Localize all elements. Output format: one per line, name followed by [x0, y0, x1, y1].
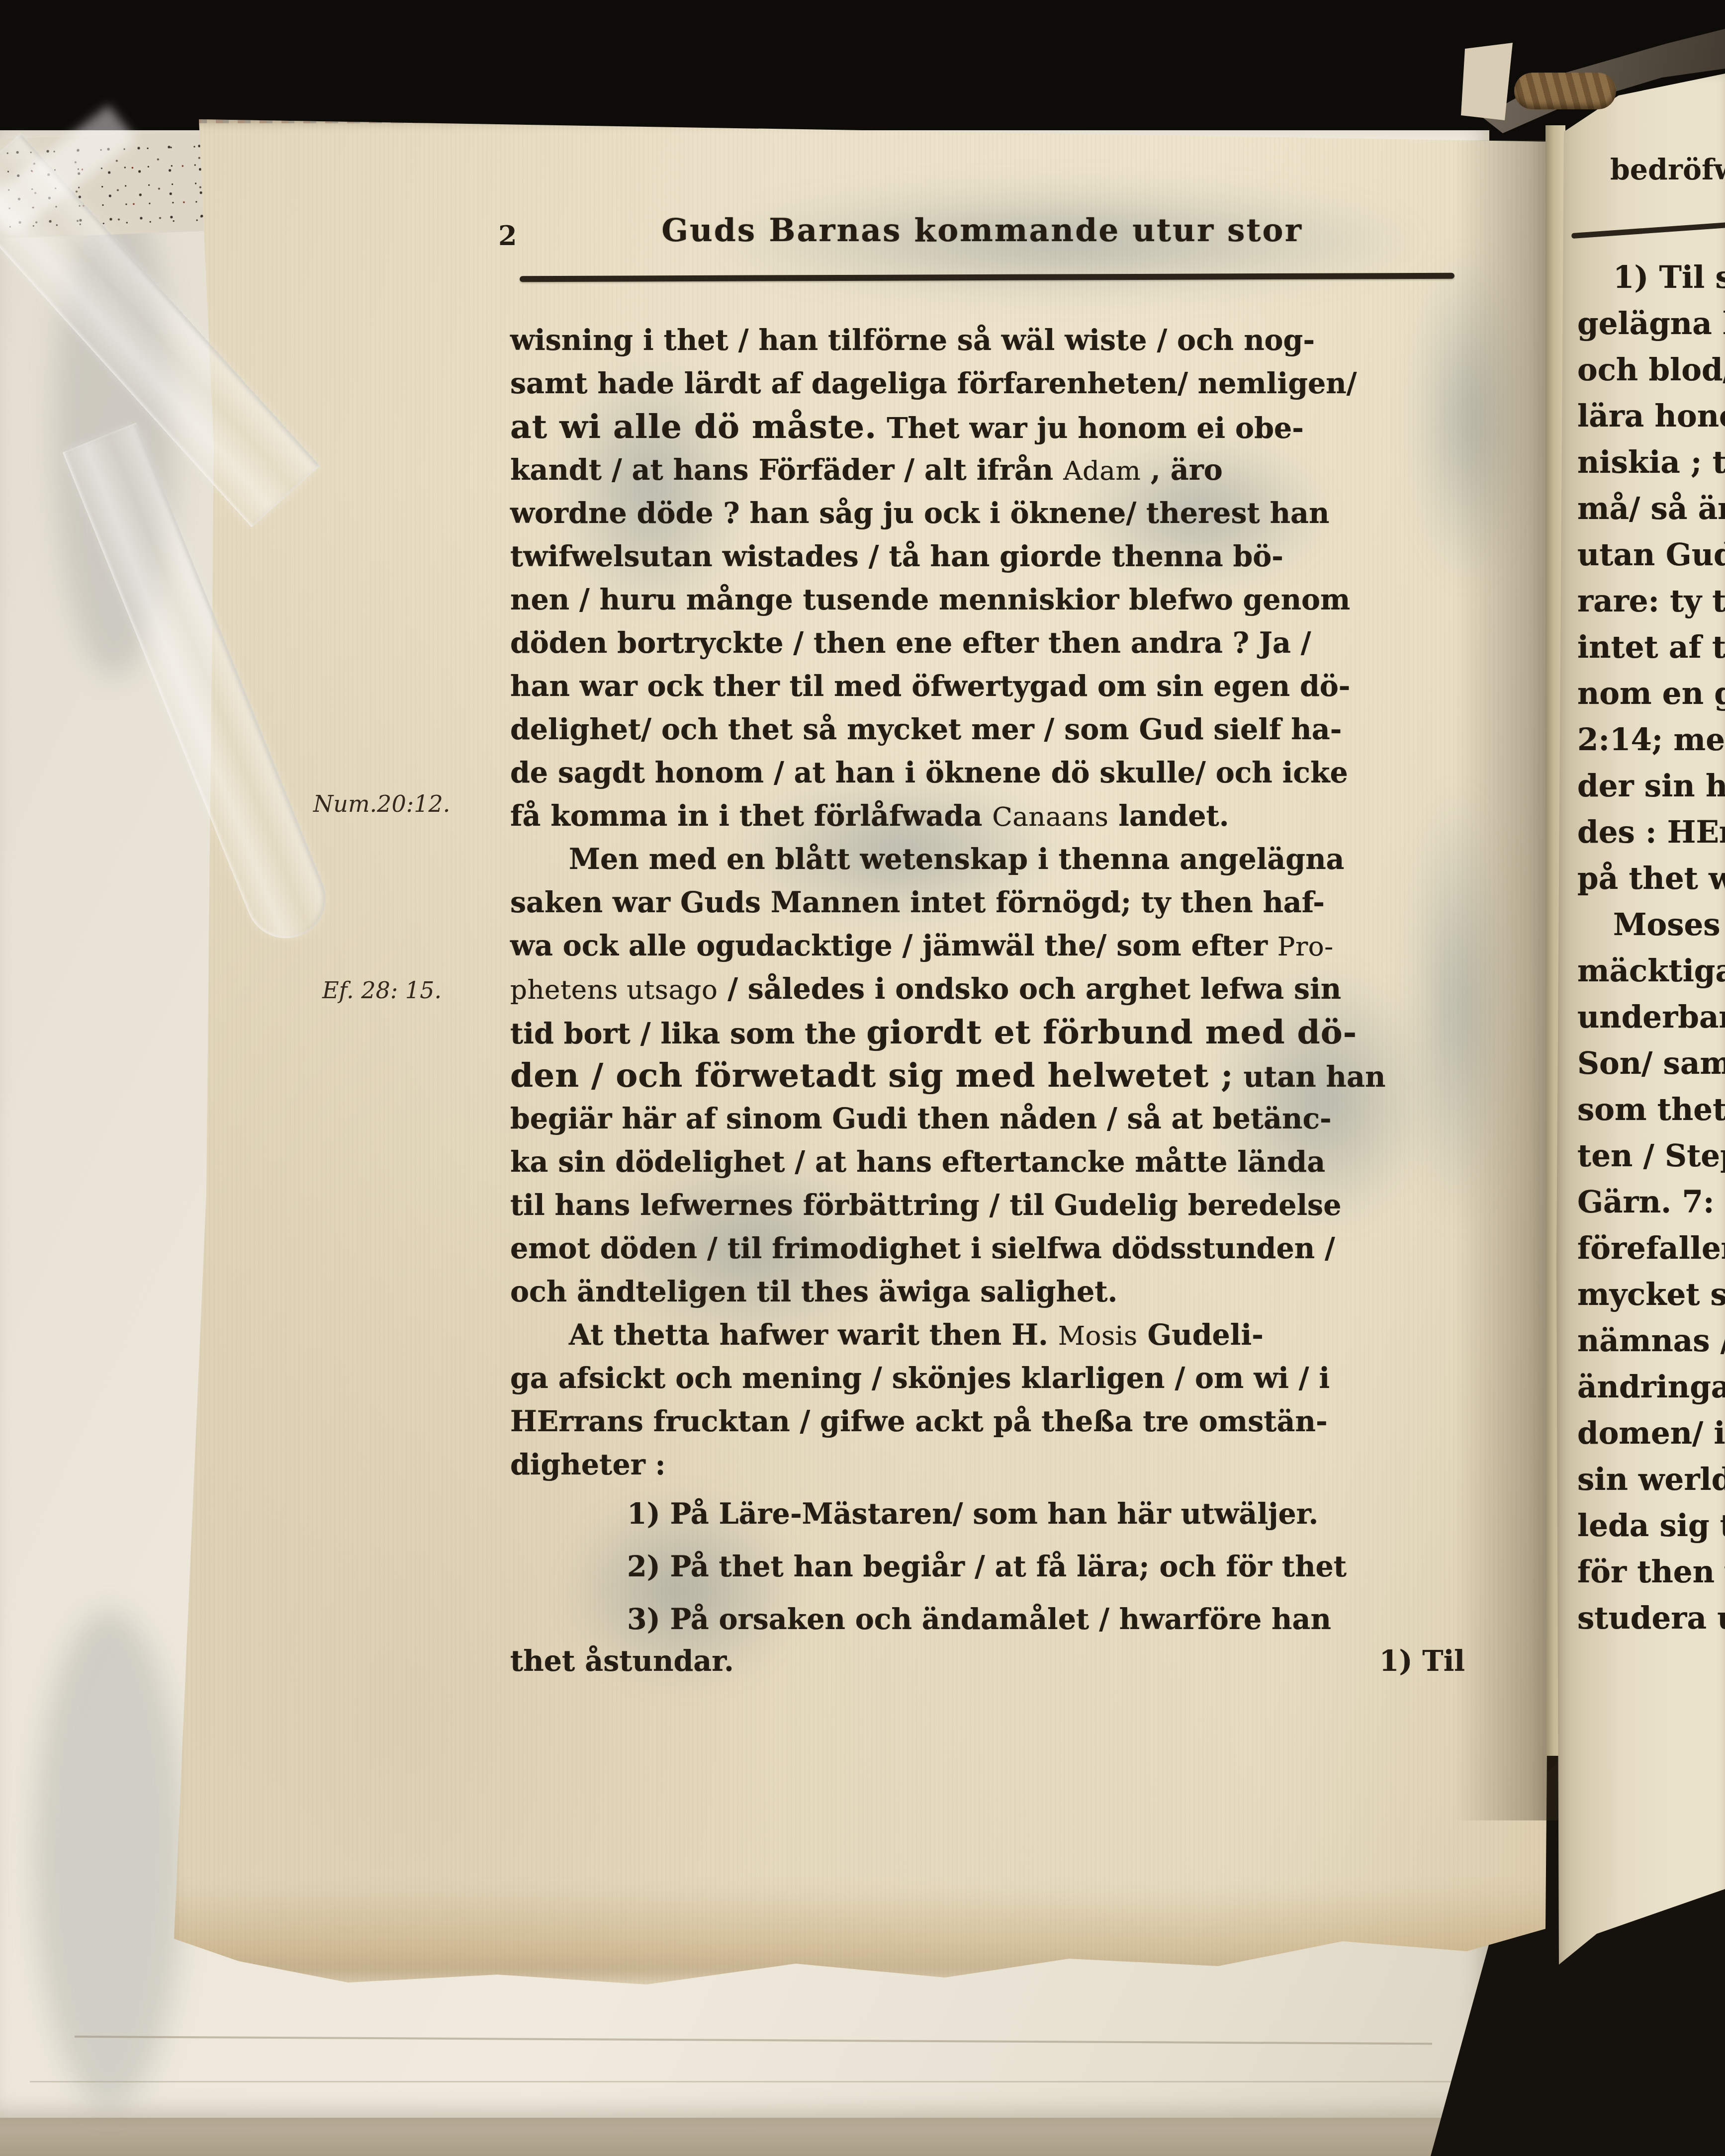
text-line-fragment: domen/ in til the	[1577, 1410, 1725, 1457]
text-line: döden bortryckte / then ene efter then a…	[510, 621, 1480, 665]
text-line-fragment: mäcktiga Konun	[1577, 948, 1725, 994]
text-line: At thetta hafwer warit then H. Mosis Gud…	[510, 1313, 1480, 1357]
text-line-fragment: studera uppå /	[1577, 1595, 1725, 1641]
text-line-fragment: förefaller i thet	[1577, 1225, 1725, 1272]
text-line-fragment: nom en galensk	[1577, 671, 1725, 717]
text-line: samt hade lärdt af dageliga förfarenhete…	[510, 362, 1480, 405]
text-line-content: 3) På orsaken och ändamålet / hwarföre h…	[627, 1603, 1331, 1636]
text-line-fragment: gelägna kundsk	[1577, 301, 1725, 347]
text-line-content: wisning i thet / han tilförne så wäl wis…	[510, 324, 1315, 357]
text-line-fragment: Moses wa	[1577, 902, 1725, 948]
text-line: HErrans frucktan / gifwe ackt på theßa t…	[510, 1400, 1480, 1443]
book-photo-root: { "document": { "type": "antique-book-ph…	[0, 0, 1725, 2156]
gutter-shadow	[1454, 140, 1558, 1820]
text-line-content: och ändteligen til thes äwiga salighet.	[510, 1275, 1117, 1308]
text-line-content: emot döden / til frimodighet i sielfwa d…	[510, 1232, 1335, 1265]
text-line-content: HErrans frucktan / gifwe ackt på theßa t…	[510, 1405, 1328, 1438]
text-line-content: thet åstundar.	[510, 1639, 734, 1683]
text-line-fragment: underbara försyn	[1577, 994, 1725, 1040]
text-line: tid bort / lika som the giordt et förbun…	[510, 1011, 1480, 1054]
flyleaf-show-through	[35, 1611, 184, 2108]
text-line-fragment: ändringar försök	[1577, 1364, 1725, 1410]
text-line-content: saken war Guds Mannen intet förnögd; ty …	[510, 886, 1325, 919]
text-line-fragment: des : HErre / l	[1577, 809, 1725, 856]
text-line-fragment: som thet trogna	[1577, 1087, 1725, 1133]
page-number: 2	[498, 220, 543, 252]
text-line: wordne döde ? han såg ju ock i öknene/ t…	[510, 492, 1480, 535]
text-line: thet åstundar.1) Til	[510, 1639, 1480, 1683]
text-line: wa ock alle ogudacktige / jämwäl the/ so…	[510, 924, 1480, 967]
text-line-content: få komma in i thet förlåfwada Canaans la…	[510, 799, 1229, 833]
text-line-content: döden bortryckte / then ene efter then a…	[510, 626, 1311, 660]
page-edge-line	[30, 2081, 1462, 2082]
text-line: wisning i thet / han tilförne så wäl wis…	[510, 319, 1480, 362]
text-line-content: ga afsickt och mening / skönjes klarlige…	[510, 1362, 1330, 1395]
text-line: twifwelsutan wistades / tå han giorde th…	[510, 535, 1480, 578]
text-line: de sagdt honom / at han i öknene dö skul…	[510, 751, 1480, 794]
margin-note-scripture-ref: Num.20:12.	[313, 790, 477, 817]
text-line: Men med en blått wetenskap i thenna ange…	[510, 838, 1480, 881]
text-line-fragment: Son/ samt und	[1577, 1040, 1725, 1087]
margin-note-scripture-ref: Ef. 28: 15.	[322, 977, 486, 1004]
text-line: nen / huru månge tusende menniskior blef…	[510, 578, 1480, 621]
text-line-fragment: mycket sedt och	[1577, 1272, 1725, 1318]
text-line-content: 1) På Läre-Mästaren/ som han här utwälje…	[627, 1497, 1318, 1531]
text-line-content: de sagdt honom / at han i öknene dö skul…	[510, 756, 1348, 789]
text-line-fragment: utan Guds ords	[1577, 532, 1725, 578]
text-line-fragment: på thet wi må	[1577, 856, 1725, 902]
text-line-fragment: och blod/ som h	[1577, 347, 1725, 393]
text-line: han war ock ther til med öfwertygad om s…	[510, 665, 1480, 708]
text-line-fragment: niskia ; ty ehu	[1577, 439, 1725, 486]
text-line-content: kandt / at hans Förfäder / alt ifrån Ada…	[510, 453, 1223, 487]
right-running-title-fragment: bedröfw.	[1610, 153, 1725, 186]
text-line-fragment: 2:14; men ha	[1577, 717, 1725, 763]
text-line-fragment: nämnas / som	[1577, 1318, 1725, 1364]
right-body-text: 1) Til sigelägna kundskoch blod/ som hlä…	[1577, 255, 1725, 1641]
text-line: 1) På Läre-Mästaren/ som han här utwälje…	[510, 1489, 1480, 1539]
text-line-content: begiär här af sinom Gudi then nåden / så…	[510, 1102, 1332, 1135]
text-line-content: den / och förwetadt sig med helwetet ; u…	[510, 1060, 1385, 1094]
right-book-page-edge: bedröfw. 1) Til sigelägna kundskoch blod…	[1551, 70, 1725, 1974]
text-line-fragment: för then yppers	[1577, 1549, 1725, 1595]
running-title: Guds Barnas kommande utur stor	[592, 212, 1372, 249]
text-line-fragment: rare: ty then	[1577, 578, 1725, 624]
text-line: delighet/ och thet så mycket mer / som G…	[510, 708, 1480, 751]
text-line: begiär här af sinom Gudi then nåden / så…	[510, 1097, 1480, 1140]
text-line-content: samt hade lärdt af dageliga förfarenhete…	[510, 367, 1357, 400]
text-line-content: phetens utsago / således i ondsko och ar…	[510, 972, 1341, 1006]
text-line-content: han war ock ther til med öfwertygad om s…	[510, 670, 1351, 703]
headband	[1514, 73, 1616, 109]
text-line-content: At thetta hafwer warit then H. Mosis Gud…	[569, 1318, 1264, 1352]
text-line-content: ka sin dödelighet / at hans eftertancke …	[510, 1145, 1325, 1179]
text-line-fragment: leda sig til then	[1577, 1503, 1725, 1549]
text-line: 3) På orsaken och ändamålet / hwarföre h…	[510, 1595, 1480, 1644]
text-line-fragment: ten / Stephanu	[1577, 1133, 1725, 1179]
text-line: ka sin dödelighet / at hans eftertancke …	[510, 1140, 1480, 1184]
text-line-content: nen / huru månge tusende menniskior blef…	[510, 583, 1350, 616]
left-body-text: wisning i thet / han tilförne så wäl wis…	[510, 319, 1480, 1683]
text-line-content: wa ock alle ogudacktige / jämwäl the/ so…	[510, 929, 1334, 962]
text-line-content: 2) På thet han begiår / at få lära; och …	[627, 1550, 1347, 1583]
text-line-content: tid bort / lika som the giordt et förbun…	[510, 1017, 1357, 1050]
text-line-content: Men med en blått wetenskap i thenna ange…	[569, 843, 1345, 876]
text-line: 2) På thet han begiår / at få lära; och …	[510, 1542, 1480, 1592]
text-line: och ändteligen til thes äwiga salighet.	[510, 1270, 1480, 1313]
text-line-content: twifwelsutan wistades / tå han giorde th…	[510, 540, 1283, 573]
text-line-fragment: Gärn. 7: 22; H	[1577, 1179, 1725, 1225]
text-line: den / och förwetadt sig med helwetet ; u…	[510, 1054, 1480, 1097]
page-top-edge-decoration	[194, 117, 1551, 123]
text-line-fragment: der sin hug och t	[1577, 763, 1725, 809]
right-header-rule	[1571, 222, 1725, 239]
text-line-fragment: 1) Til si	[1577, 255, 1725, 301]
text-line: phetens utsago / således i ondsko och ar…	[510, 967, 1480, 1011]
text-line-content: til hans lefwernes förbättring / til Gud…	[510, 1189, 1341, 1222]
text-line-fragment: intet af thet G	[1577, 624, 1725, 671]
text-line-fragment: lära honom någ	[1577, 393, 1725, 439]
text-line-content: wordne döde ? han såg ju ock i öknene/ t…	[510, 497, 1329, 530]
text-line: kandt / at hans Förfäder / alt ifrån Ada…	[510, 448, 1480, 492]
text-line: at wi alle dö måste. Thet war ju honom e…	[510, 405, 1480, 448]
left-book-page: 2 Guds Barnas kommande utur stor Num.20:…	[164, 114, 1561, 2003]
text-line: saken war Guds Mannen intet förnögd; ty …	[510, 881, 1480, 924]
text-line: ga afsickt och mening / skönjes klarlige…	[510, 1357, 1480, 1400]
text-line: digheter :	[510, 1443, 1480, 1486]
text-line-content: delighet/ och thet så mycket mer / som G…	[510, 713, 1342, 746]
text-line-content: at wi alle dö måste. Thet war ju honom e…	[510, 412, 1304, 445]
text-line-fragment: sin werldsliga w	[1577, 1457, 1725, 1503]
text-line: til hans lefwernes förbättring / til Gud…	[510, 1184, 1480, 1227]
text-line: emot döden / til frimodighet i sielfwa d…	[510, 1227, 1480, 1270]
text-line-fragment: må/ så är han	[1577, 486, 1725, 532]
text-line: få komma in i thet förlåfwada Canaans la…	[510, 794, 1480, 838]
text-line-content: digheter :	[510, 1448, 666, 1481]
